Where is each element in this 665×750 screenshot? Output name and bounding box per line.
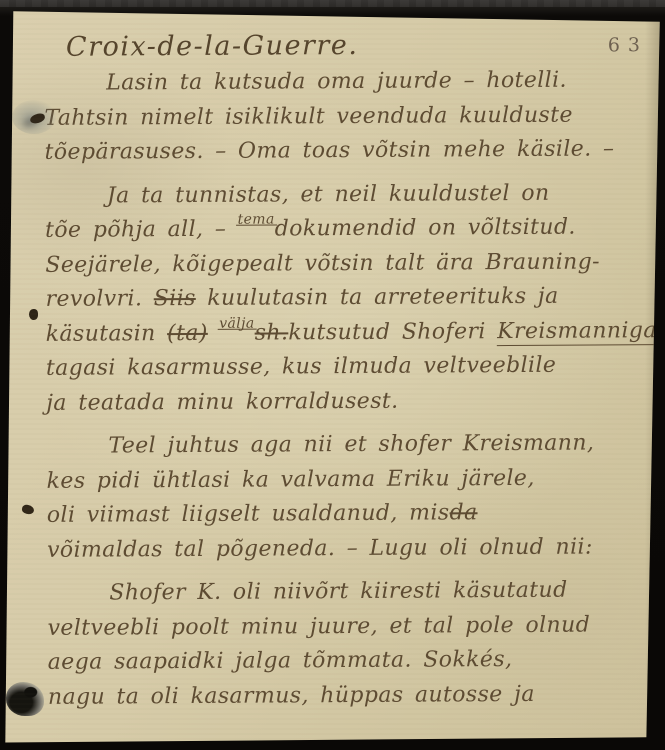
manuscript-content: Croix-de-la-Guerre. 63 Lasin ta kutsuda …: [44, 28, 660, 724]
paragraph: Lasin ta kutsuda oma juurde – hotelli.Ta…: [44, 63, 657, 170]
manuscript-paper: Croix-de-la-Guerre. 63 Lasin ta kutsuda …: [0, 0, 665, 750]
manuscript-line: Shofer K. oli niivõrt kiiresti käsutatud: [47, 573, 659, 611]
text-run: Tahtsin nimelt isiklikult veenduda kuuld…: [44, 102, 573, 130]
strikethrough-text: (ta): [167, 320, 208, 345]
text-run: tõepärasuses. – Oma toas võtsin mehe käs…: [45, 136, 615, 164]
text-run: tõe põhja all, –: [45, 217, 238, 243]
manuscript-line: oli viimast liigselt usaldanud, misda: [47, 495, 659, 533]
manuscript-line: aega saapaidki jalga tõmmata. Sokkés,: [48, 642, 660, 680]
text-run: Seejärele, kõigepealt võtsin talt ära Br…: [45, 249, 600, 277]
manuscript-line: võimaldas tal põgeneda. – Lugu oli olnud…: [47, 530, 659, 568]
text-run: kutsutud Shoferi: [288, 319, 497, 345]
page-title: Croix-de-la-Guerre.: [44, 30, 359, 63]
text-run: Ja ta tunnistas, et neil kuuldustel on: [107, 180, 550, 208]
manuscript-line: veltveebli poolt minu juure, et tal pole…: [47, 608, 659, 646]
text-run: revolvri.: [45, 286, 153, 312]
binding-edge: [0, 0, 665, 7]
hole-punch-lower: [21, 504, 34, 515]
hole-punch-middle: [29, 309, 38, 320]
hole-punch-top: [29, 112, 46, 124]
paragraph: Shofer K. oli niivõrt kiiresti käsutatud…: [47, 573, 660, 715]
manuscript-line: Ja ta tunnistas, et neil kuuldustel on: [45, 176, 657, 214]
manuscript-line: Tahtsin nimelt isiklikult veenduda kuuld…: [44, 98, 656, 136]
paragraph: Ja ta tunnistas, et neil kuuldustel ontõ…: [45, 176, 658, 421]
manuscript-line: Seejärele, kõigepealt võtsin talt ära Br…: [45, 245, 657, 283]
ink-blot: [6, 682, 44, 716]
text-run: nagu ta oli kasarmus, hüppas autosse ja: [48, 681, 535, 709]
text-run: võimaldas tal põgeneda. – Lugu oli olnud…: [47, 534, 593, 562]
text-run: veltveebli poolt minu juure, et tal pole…: [47, 612, 590, 640]
text-run: ja teatada minu korraldusest.: [46, 388, 398, 415]
strikethrough-text: da: [449, 500, 477, 525]
scanner-background: Croix-de-la-Guerre. 63 Lasin ta kutsuda …: [0, 0, 665, 750]
text-run: Lasin ta kutsuda oma juurde – hotelli.: [106, 68, 567, 96]
manuscript-line: Lasin ta kutsuda oma juurde – hotelli.: [44, 63, 656, 101]
manuscript-line: käsutasin (ta) väljash.kutsutud Shoferi …: [46, 314, 658, 352]
text-run: tagasi kasarmusse, kus ilmuda veltveebli…: [46, 353, 556, 381]
text-run: Teel juhtus aga nii et shofer Kreismann,: [108, 431, 594, 459]
text-run: kes pidi ühtlasi ka valvama Eriku järele…: [47, 465, 535, 493]
text-run: kuulutasin ta arreteerituks ja: [196, 284, 559, 311]
manuscript-line: kes pidi ühtlasi ka valvama Eriku järele…: [47, 461, 659, 499]
text-run: käsutasin: [46, 321, 168, 347]
manuscript-line: tõe põhja all, – temadokumendid on võlts…: [45, 210, 657, 248]
strikethrough-text: Siis: [154, 286, 196, 311]
underlined-name: Kreismanniga: [497, 318, 657, 346]
text-run: aega saapaidki jalga tõmmata. Sokkés,: [48, 647, 513, 675]
manuscript-line: tõepärasuses. – Oma toas võtsin mehe käs…: [45, 132, 657, 170]
manuscript-line: tagasi kasarmusse, kus ilmuda veltveebli…: [46, 348, 658, 386]
paragraph: Teel juhtus aga nii et shofer Kreismann,…: [46, 426, 659, 568]
manuscript-text: Lasin ta kutsuda oma juurde – hotelli.Ta…: [44, 63, 660, 715]
page-number: 63: [608, 34, 648, 56]
manuscript-line: nagu ta oli kasarmus, hüppas autosse ja: [48, 677, 660, 715]
strikethrough-text: sh.: [255, 320, 289, 345]
manuscript-line: Teel juhtus aga nii et shofer Kreismann,: [46, 426, 658, 464]
text-run: dokumendid on võltsitud.: [275, 215, 576, 242]
inserted-word: välja: [217, 318, 256, 329]
page-header: Croix-de-la-Guerre. 63: [44, 28, 656, 63]
text-run: Shofer K. oli niivõrt kiiresti käsutatud: [109, 578, 567, 606]
text-run: oli viimast liigselt usaldanud, mis: [47, 500, 450, 527]
manuscript-line: revolvri. Siis kuulutasin ta arreteeritu…: [45, 279, 657, 317]
manuscript-line: ja teatada minu korraldusest.: [46, 383, 658, 421]
inserted-word: tema: [236, 214, 277, 225]
